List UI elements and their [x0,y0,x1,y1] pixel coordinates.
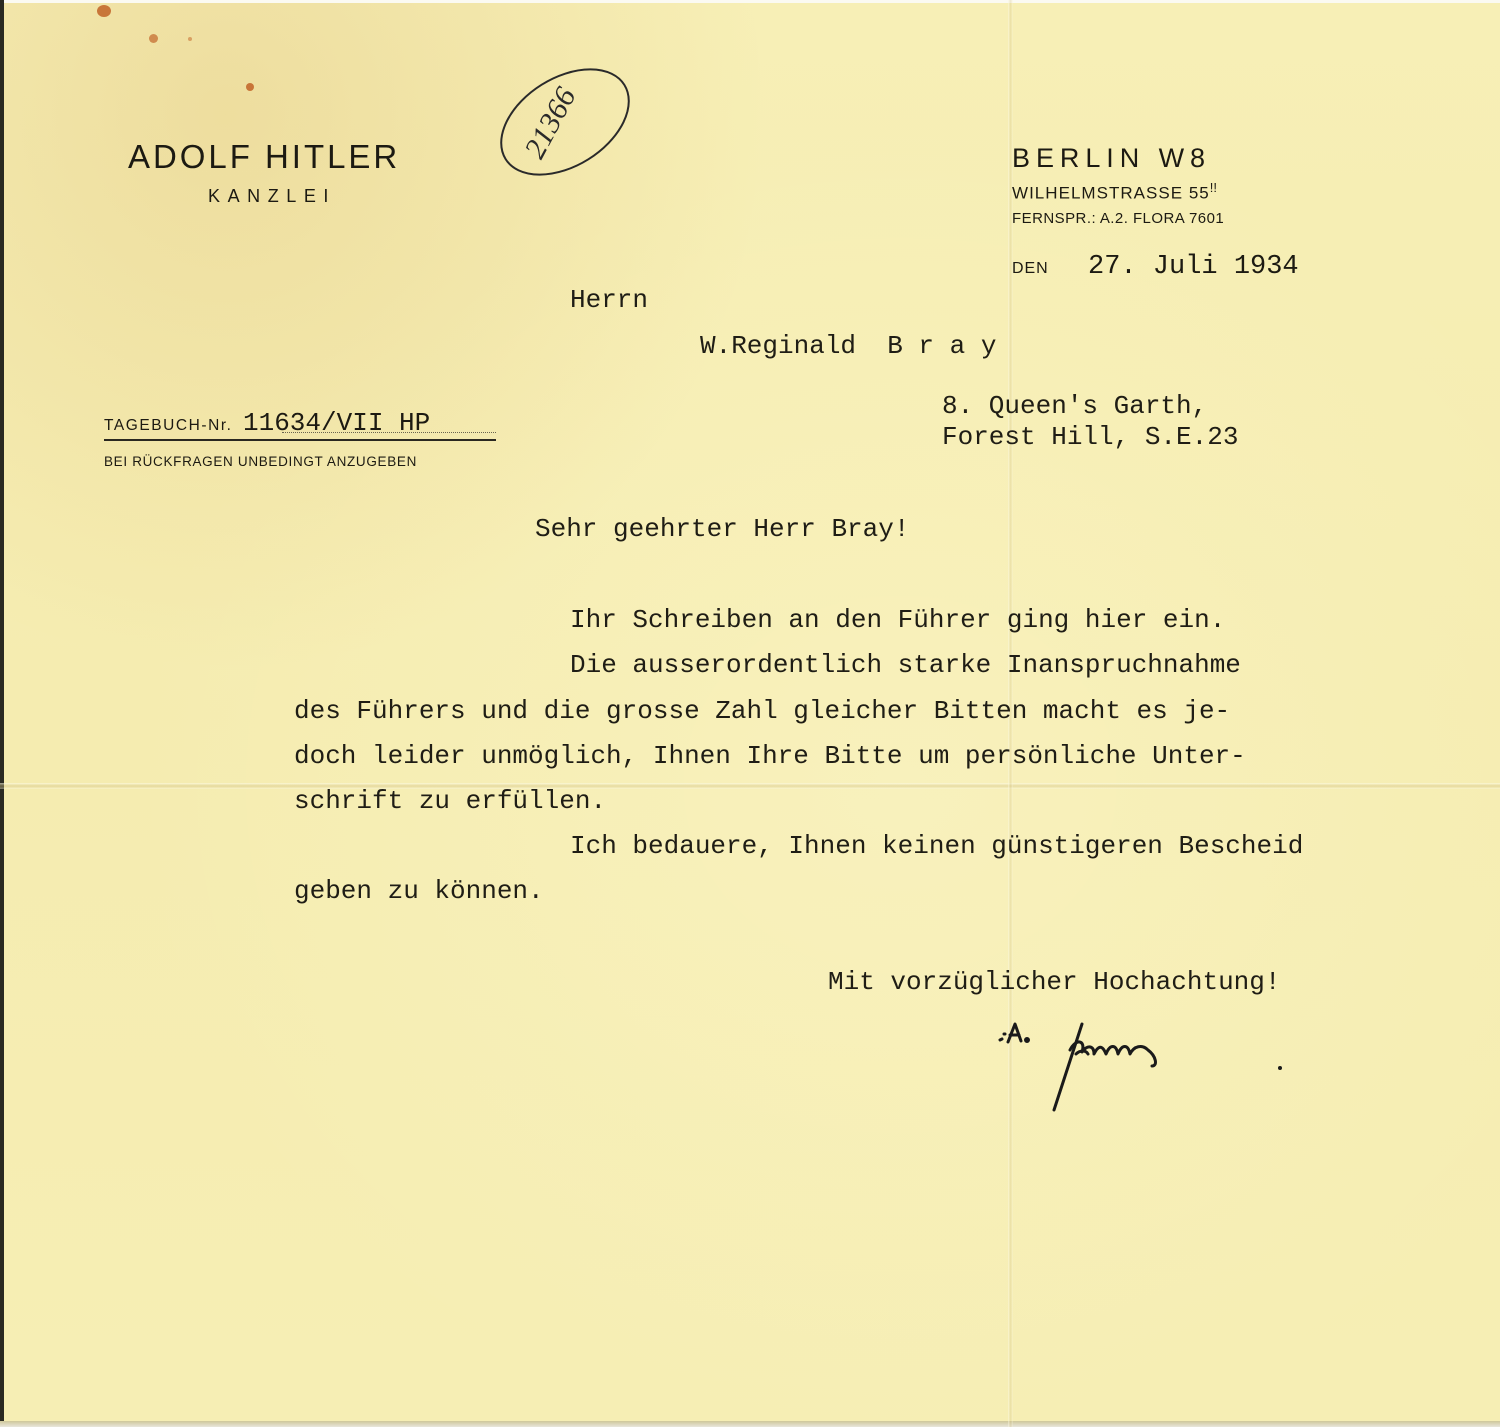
handwritten-reference-oval: 21366 [490,62,640,182]
rust-stain [188,37,192,41]
diary-number: 11634/VII HP [243,408,430,438]
recipient-name: W.Reginald B r a y [700,331,996,361]
diary-label: TAGEBUCH-Nr. [104,417,233,434]
rust-stain [97,5,111,17]
handwritten-signature [990,1010,1290,1120]
letter-date: 27. Juli 1934 [1088,252,1299,282]
diary-number-row: TAGEBUCH-Nr. 11634/VII HP [104,408,430,438]
letterhead-city: BERLIN W8 [1012,143,1211,174]
recipient-address-line1: 8. Queen's Garth, [942,391,1207,421]
letterhead-subtitle: KANZLEI [208,186,336,207]
closing-text: Mit vorzüglicher Hochachtung! [828,967,1280,997]
recipient-address-line2: Forest Hill, S.E.23 [942,422,1238,452]
date-prefix: DEN [1012,260,1049,278]
recipient-title: Herrn [570,285,648,315]
body-line: des Führers und die grosse Zahl gleicher… [294,696,1230,726]
letterhead-phone: FERNSPR.: A.2. FLORA 7601 [1012,210,1224,227]
letterhead-street: WILHELMSTRASSE 55!! [1012,180,1217,204]
scan-edge-top [0,0,1500,3]
greeting: Sehr geehrter Herr Bray! [535,514,909,544]
body-line: Die ausserordentlich starke Inanspruchna… [570,650,1241,680]
diary-underline [104,439,496,441]
body-line: Ich bedauere, Ihnen keinen günstigeren B… [570,831,1303,861]
body-line: Ihr Schreiben an den Führer ging hier ei… [570,605,1225,635]
scan-edge-left [0,0,4,1427]
diary-note: BEI RÜCKFRAGEN UNBEDINGT ANZUGEBEN [104,454,417,469]
body-line: doch leider unmöglich, Ihnen Ihre Bitte … [294,741,1246,771]
horizontal-fold-line [0,783,1500,789]
scan-edge-bottom [0,1421,1500,1427]
diary-dotted-line [282,432,496,433]
body-line: geben zu können. [294,876,544,906]
rust-stain [149,34,158,43]
street-mark: !! [1210,180,1217,195]
body-line: schrift zu erfüllen. [294,786,606,816]
street-text: WILHELMSTRASSE 55 [1012,184,1210,203]
letterhead-name: ADOLF HITLER [128,138,400,176]
rust-stain [246,83,254,91]
